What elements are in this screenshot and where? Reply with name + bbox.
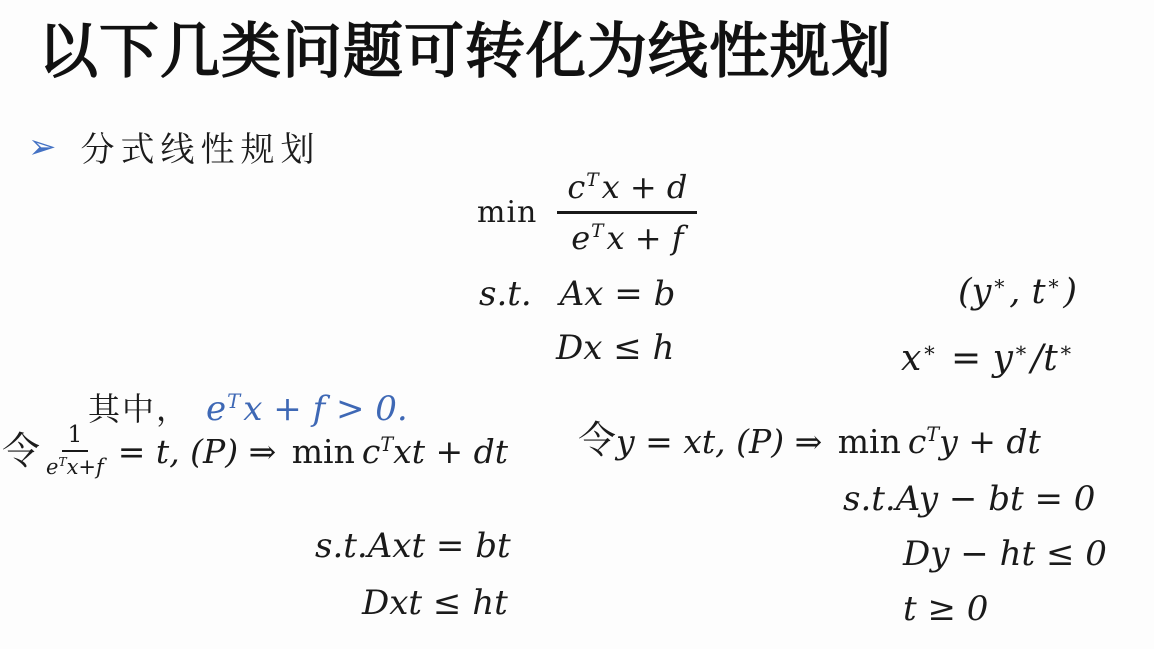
fraction-denominator: eTx + f [561, 214, 693, 257]
transpose-superscript: T [380, 433, 393, 456]
math-text: x [901, 338, 921, 379]
equality-constraint: Axt = bt [368, 526, 511, 566]
math-text: ) [1063, 272, 1077, 312]
star-superscript: ∗ [1059, 338, 1073, 362]
math-text: = t, (P) ⇒ [118, 432, 287, 471]
equality-constraint: Ay − bt = 0 [896, 479, 1096, 519]
min-operator: min [477, 195, 537, 230]
substitution-right: 令 y = xt, (P) ⇒ mincTy + dt [578, 420, 1041, 462]
st-label: s.t. [315, 526, 368, 566]
objective-block: min cTx + d eTx + f [477, 168, 697, 257]
transpose-superscript: T [227, 390, 240, 413]
constraints-left-ineq: Dxt ≤ ht [362, 583, 508, 623]
transpose-superscript: T [58, 455, 66, 469]
math-var: e [46, 455, 58, 479]
math-rest: x+f [67, 455, 104, 479]
page-title: 以下几类问题可转化为线性规划 [38, 4, 892, 90]
slide-canvas: 以下几类问题可转化为线性规划 ➢ 分式线性规划 min cTx + d eTx … [0, 0, 1154, 649]
fraction-denominator: eTx+f [44, 452, 106, 479]
equality-constraint: Ax = b [560, 274, 676, 314]
optimal-pair: (y∗, t∗) [958, 272, 1077, 312]
transpose-superscript: T [591, 221, 603, 242]
constraints-right-eq: s.t.Ay − bt = 0 [843, 479, 1095, 519]
math-text: , t [1009, 272, 1045, 312]
math-rest: x + f > 0. [243, 389, 407, 429]
min-operator: min [292, 432, 355, 471]
substitution-left-formula: = t, (P) ⇒ mincTxt + dt [118, 432, 508, 471]
objective-fraction: cTx + d eTx + f [557, 168, 697, 257]
substitution-right-formula: y = xt, (P) ⇒ mincTy + dt [616, 422, 1041, 461]
bullet-label: 分式线性规划 [81, 122, 321, 171]
math-var: c [908, 422, 926, 461]
st-label: s.t. [843, 479, 896, 519]
transpose-superscript: T [586, 170, 598, 191]
math-text: /t [1031, 338, 1058, 379]
math-rest: y + dt [939, 422, 1041, 461]
math-text: = y [940, 338, 1013, 379]
star-superscript: ∗ [1047, 271, 1061, 295]
star-superscript: ∗ [992, 271, 1006, 295]
transpose-superscript: T [926, 423, 939, 446]
math-var: c [362, 432, 380, 471]
bullet-arrow-icon: ➢ [28, 130, 57, 164]
constraints-right-nonneg: t ≥ 0 [903, 589, 988, 629]
st-label: s.t. [479, 274, 532, 314]
let-label: 令 [578, 420, 616, 462]
let-label: 令 [2, 431, 40, 473]
math-rest: x + f [607, 219, 684, 257]
math-var: c [567, 168, 585, 206]
substitution-left: 令 1 eTx+f = t, (P) ⇒ mincTxt + dt [2, 424, 508, 479]
star-superscript: ∗ [1014, 338, 1028, 362]
constraints-right-ineq: Dy − ht ≤ 0 [903, 534, 1107, 574]
subject-to-row: s.t. Ax = b [479, 274, 675, 314]
recover-formula: x∗ = y∗/t∗ [901, 338, 1076, 379]
math-var: e [206, 389, 226, 429]
fraction-numerator: 1 [62, 424, 89, 452]
inline-fraction: 1 eTx+f [44, 424, 106, 479]
math-rest: x + d [602, 168, 688, 206]
star-superscript: ∗ [922, 338, 936, 362]
math-var: e [571, 219, 590, 257]
fraction-numerator: cTx + d [557, 168, 697, 214]
bullet-item: ➢ 分式线性规划 [28, 122, 321, 171]
min-operator: min [838, 422, 901, 461]
condition-expression: eTx + f > 0. [206, 389, 408, 429]
constraints-left-eq: s.t.Axt = bt [315, 526, 511, 566]
inequality-constraint: Dx ≤ h [556, 328, 674, 368]
math-text: (y [958, 272, 991, 312]
math-text: y = xt, (P) ⇒ [616, 422, 833, 461]
math-rest: xt + dt [393, 432, 508, 471]
